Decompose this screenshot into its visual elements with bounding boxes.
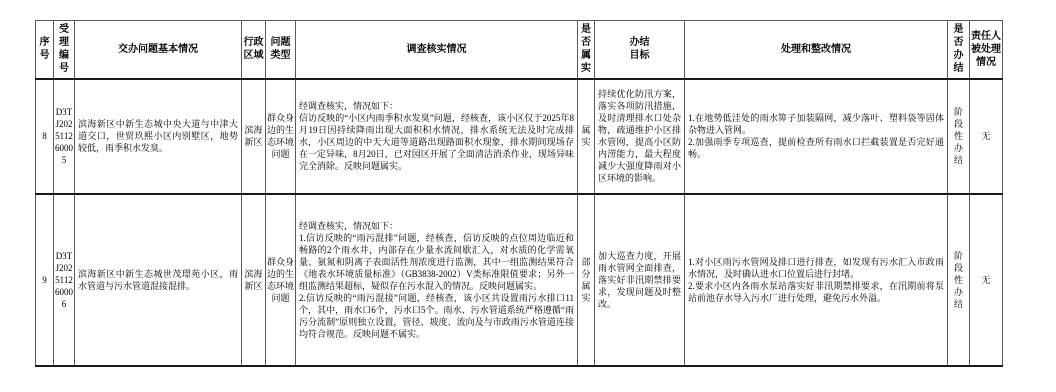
- cell-is-closed-8: 阶段性办结: [948, 79, 970, 194]
- col-header-seq: 序号: [36, 21, 54, 79]
- col-header-is-closed-label: 是否办结: [953, 23, 965, 75]
- col-header-region: 行政区域: [242, 21, 266, 79]
- col-header-accountability: 责任人被处理情况: [970, 21, 1003, 79]
- table-body: 8 D3TJ202511260005 滨海新区中新生态城中央大道与中津大道交口，…: [36, 79, 1003, 366]
- cell-is-true-8: 属实: [578, 79, 595, 194]
- cell-rectification-8: 1.在地势低洼处的雨水箅子加装隔网，减少落叶、塑料袋等固体杂物进入管网。 2.加…: [685, 79, 948, 194]
- col-header-rectification: 处理和整改情况: [685, 21, 948, 79]
- case-ledger-container: 序号 受理编号 交办问题基本情况 行政区域 问题类型 调查核实情况 是否属实 办…: [35, 20, 1003, 367]
- cell-type-8: 群众身边的生态环境问题: [266, 79, 296, 194]
- header-row: 序号 受理编号 交办问题基本情况 行政区域 问题类型 调查核实情况 是否属实 办…: [36, 21, 1003, 79]
- cell-verification-9: 经调查核实，情况如下： 1.信访反映的“雨污混排”问题，经核查，信访反映的点位周…: [296, 194, 578, 366]
- cell-seq-9: 9: [36, 194, 54, 366]
- cell-problem-8: 滨海新区中新生态城中央大道与中津大道交口，世贸玖熙小区内别墅区，地势较低，雨季积…: [75, 79, 242, 194]
- cell-region-8: 滨海新区: [242, 79, 266, 194]
- cell-type-9: 群众身边的生态环境问题: [266, 194, 296, 366]
- case-ledger-table: 序号 受理编号 交办问题基本情况 行政区域 问题类型 调查核实情况 是否属实 办…: [35, 20, 1003, 367]
- col-header-type: 问题类型: [266, 21, 296, 79]
- cell-goal-9: 加大巡查力度，开展雨水管网全面排查，落实好非汛期禁排要求，发现问题及时整改。: [595, 194, 685, 366]
- is-closed-value-8: 阶段性办结: [953, 106, 963, 166]
- cell-is-closed-9: 阶段性办结: [948, 194, 970, 366]
- table-header: 序号 受理编号 交办问题基本情况 行政区域 问题类型 调查核实情况 是否属实 办…: [36, 21, 1003, 79]
- cell-region-9: 滨海新区: [242, 194, 266, 366]
- cell-rectification-9: 1.对小区雨污水管网及排口进行排查，如发现有污水汇入市政雨水情况，及时确认进水口…: [685, 194, 948, 366]
- is-closed-value-9: 阶段性办结: [953, 250, 963, 310]
- col-header-is-closed: 是否办结: [948, 21, 970, 79]
- cell-case-no-8: D3TJ202511260005: [54, 79, 75, 194]
- cell-goal-8: 持续优化防汛方案，落实各项防汛措施，及时清理排水口处杂物，疏通维护小区排水管网，…: [595, 79, 685, 194]
- col-header-goal-label: 办结目标: [628, 36, 651, 62]
- col-header-verification: 调查核实情况: [296, 21, 578, 79]
- is-true-value-9: 部分属实: [581, 256, 591, 304]
- col-header-goal: 办结目标: [595, 21, 685, 79]
- cell-case-no-9: D3TJ202511260006: [54, 194, 75, 366]
- cell-verification-8: 经调查核实，情况如下： 信访反映的“小区内雨季积水发臭”问题，经核查，该小区仅于…: [296, 79, 578, 194]
- table-row-case-8: 8 D3TJ202511260005 滨海新区中新生态城中央大道与中津大道交口，…: [36, 79, 1003, 194]
- cell-accountability-8: 无: [970, 79, 1003, 194]
- col-header-is-true-label: 是否属实: [580, 23, 592, 75]
- col-header-problem: 交办问题基本情况: [75, 21, 242, 79]
- col-header-is-true: 是否属实: [578, 21, 595, 79]
- table-row-case-9: 9 D3TJ202511260006 滨海新区中新生态城世茂璟苑小区，雨水管道与…: [36, 194, 1003, 366]
- is-true-value-8: 属实: [581, 124, 591, 148]
- cell-seq-8: 8: [36, 79, 54, 194]
- cell-is-true-9: 部分属实: [578, 194, 595, 366]
- cell-accountability-9: 无: [970, 194, 1003, 366]
- col-header-case-no: 受理编号: [54, 21, 75, 79]
- cell-problem-9: 滨海新区中新生态城世茂璟苑小区，雨水管道与污水管道混接混排。: [75, 194, 242, 366]
